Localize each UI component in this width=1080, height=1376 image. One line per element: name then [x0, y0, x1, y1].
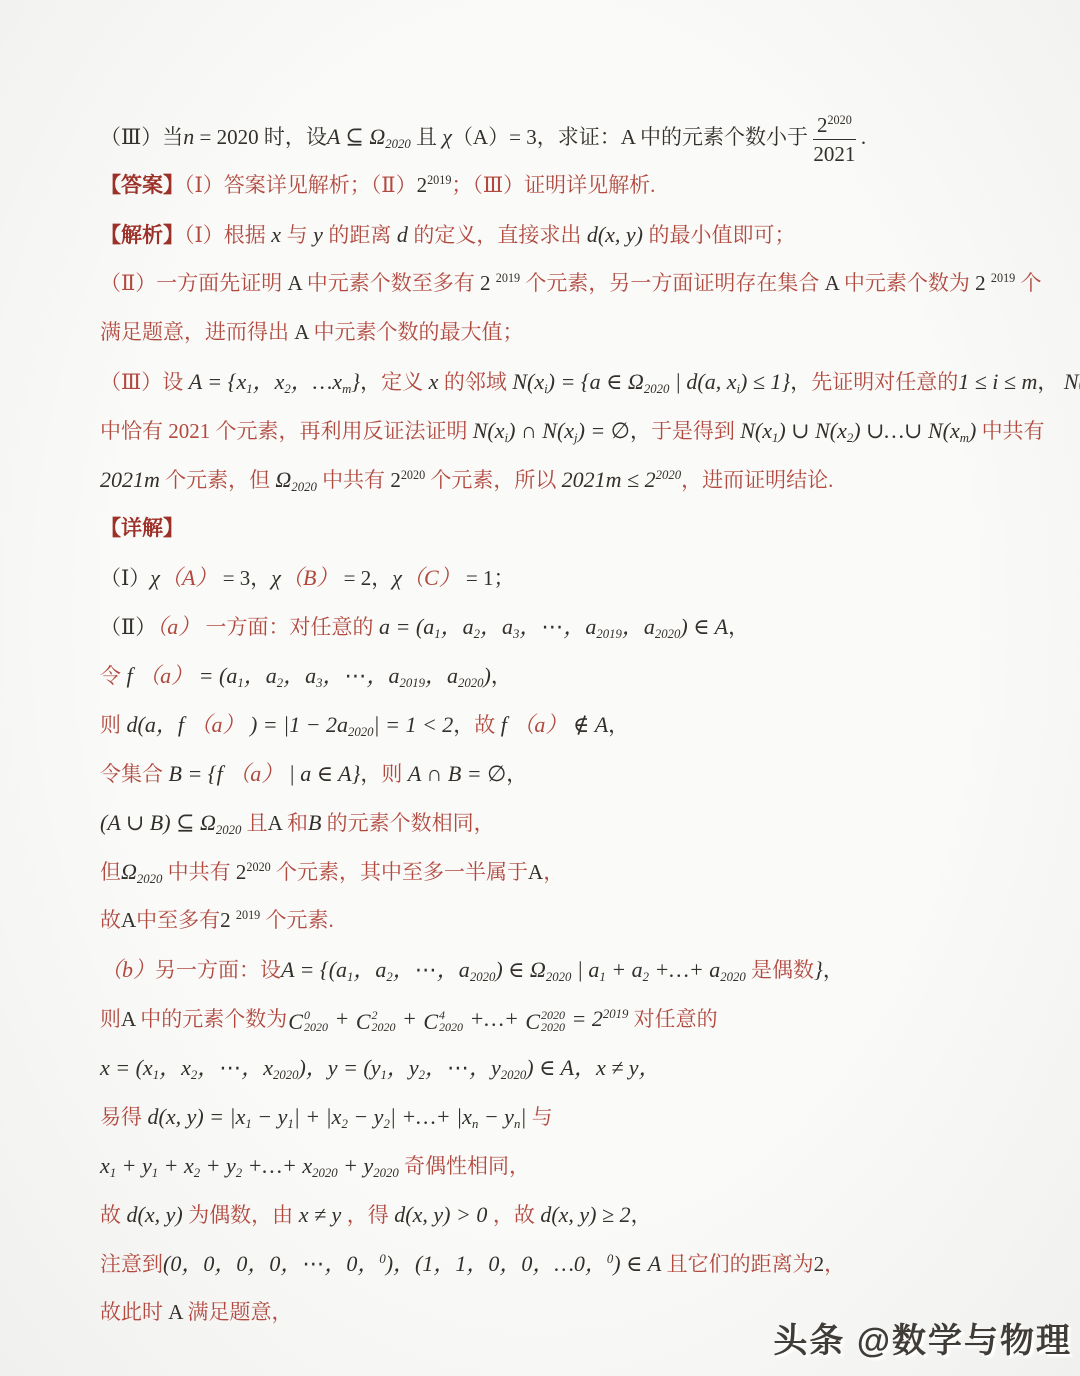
text-segment: A ∩ B = ∅	[402, 761, 506, 786]
text-segment: ，	[360, 370, 381, 394]
text-segment: d(x, y) > 0	[389, 1202, 493, 1227]
subscript: 1	[110, 1166, 116, 1180]
text-segment: N(xi) ∩ N(xj) = ∅	[473, 418, 630, 443]
detail-line-5: 令集合 B = {f （a） | a ∈ A}，则 A ∩ B = ∅，	[100, 749, 1080, 798]
text-segment: χ	[392, 565, 402, 590]
text-segment: 中共有	[976, 419, 1044, 443]
text-segment: 和	[282, 811, 308, 835]
text-segment: 个元素，所以	[425, 468, 562, 492]
subscript: 1	[152, 1166, 158, 1180]
text-segment: 2021m ≤ 22020	[562, 467, 681, 492]
detail-line-3: 令 f （a） = (a1，a2，a3，⋯，a2019，a2020)，	[100, 651, 1080, 700]
subscript: n	[472, 1117, 478, 1131]
text-segment: ，	[823, 958, 844, 982]
subscript: 2	[284, 382, 290, 396]
text-segment: (A ∪ B) ⊆ Ω2020	[100, 810, 241, 835]
text-segment: 时，设	[264, 125, 327, 149]
text-segment: ，	[630, 419, 651, 443]
text-segment: +	[397, 1006, 423, 1031]
text-segment: x	[266, 222, 287, 247]
subscript: 2	[191, 1068, 197, 1082]
subscript: 2020	[470, 970, 496, 984]
superscript: 2019	[603, 1007, 629, 1021]
text-segment: 则	[381, 762, 402, 786]
text-segment: （B）	[281, 565, 338, 590]
text-segment: 的最小值即可；	[649, 223, 796, 247]
text-segment: 中恰有 2021 个元素，再利用反证法证明	[100, 419, 473, 443]
text-segment: A = {(a1，a2，⋯，a2020) ∈ Ω2020 | a1 + a2 +…	[281, 957, 746, 982]
text-segment: 22020	[236, 860, 271, 884]
subscript: 2020	[291, 480, 317, 494]
text-segment: N(x1) ∪ N(x2) ∪…∪ N(xm)	[740, 418, 976, 443]
subscript: 2020	[546, 970, 572, 984]
text-segment: 于是得到	[651, 419, 740, 443]
text-segment: = (a1，a2，a3，⋯，a2019，a2020)	[193, 663, 491, 688]
subscript: 2	[386, 970, 392, 984]
text-segment: +	[329, 1006, 355, 1031]
subscript: 2	[341, 1117, 347, 1131]
subscript: 2	[419, 1068, 425, 1082]
text-segment: ，	[790, 370, 811, 394]
text-segment: ，得	[347, 1203, 389, 1227]
text-segment: （Ⅰ）答案详见解析；（Ⅱ）	[184, 173, 417, 197]
subscript: 1	[245, 1117, 251, 1131]
superscript: 0	[607, 1252, 613, 1266]
text-segment: ，	[453, 713, 474, 737]
text-segment: x = (x1，x2，⋯，x2020)，y = (y1，y2，⋯，y2020) …	[100, 1055, 661, 1080]
problem-part-iii: （Ⅲ）当n = 2020 时，设A ⊆ Ω2020 且 χ（A）= 3，求证：A…	[100, 112, 1080, 161]
superscript: 0	[379, 1252, 385, 1266]
subscript: 1	[599, 970, 605, 984]
text-segment: ，求证：A 中的元素个数小于	[537, 125, 808, 149]
text-segment: （a）	[512, 712, 567, 737]
analysis-line-4: （Ⅲ）设 A = {x1，x2，…xm}，定义 x 的邻域 N(xi) = {a…	[100, 357, 1080, 406]
analysis-line-6: 2021m 个元素，但 Ω2020 中共有 22020 个元素，所以 2021m…	[100, 455, 1080, 504]
text-segment: 中元素个数的最大值；	[308, 320, 523, 344]
text-segment: 个元素，另一方面证明存在集合	[520, 271, 825, 295]
text-segment: 中元素个数为	[839, 271, 976, 295]
text-segment: ，	[491, 664, 512, 688]
detail-line-15: 注意到(0，0，0，0，⋯，0，0)，(1，1，0，0，…0，0) ∈ A 且它…	[100, 1239, 1080, 1288]
text-segment: ∉ A	[567, 712, 608, 737]
text-segment: x ≠ y	[293, 1202, 347, 1227]
text-segment: 对任意的	[628, 1007, 717, 1031]
subscript: 1	[237, 676, 243, 690]
text-segment: 【详解】	[100, 516, 184, 540]
text-segment: （Ⅱ）一方面先证明	[100, 271, 288, 295]
text-segment: （a）	[156, 614, 200, 639]
text-segment: d(a，f	[121, 712, 189, 737]
analysis-line-5: 中恰有 2021 个元素，再利用反证法证明 N(xi) ∩ N(xj) = ∅，…	[100, 406, 1080, 455]
text-segment: f	[121, 663, 138, 688]
binomial-coefficient: C20202020	[525, 997, 565, 1046]
detail-line-11: x = (x1，x2，⋯，x2020)，y = (y1，y2，⋯，y2020) …	[100, 1043, 1080, 1092]
text-segment: 的定义，直接求出	[413, 223, 581, 247]
subscript: 2020	[273, 1068, 299, 1082]
text-segment: = 3，	[217, 566, 271, 590]
text-segment: 且它们的距离为	[661, 1252, 813, 1276]
text-segment: 是偶数	[746, 958, 814, 982]
subscript: 2020	[655, 627, 681, 641]
detail-line-2: （Ⅱ）（a） 一方面：对任意的 a = (a1，a2，a3，⋯，a2019，a2…	[100, 602, 1080, 651]
text-segment: d(x, y) = |x1 − y1| + |x2 − y2| +…+ |xn …	[142, 1104, 526, 1129]
text-segment: ，故	[493, 1203, 535, 1227]
text-segment: （a）	[228, 761, 283, 786]
text-segment: = 2，	[338, 566, 392, 590]
subscript: 2	[383, 1117, 389, 1131]
text-segment: 2021m	[100, 467, 160, 492]
text-segment: 但	[100, 860, 121, 884]
superscript: 2019	[427, 173, 451, 187]
text-segment: x	[423, 369, 444, 394]
text-segment: χ	[442, 124, 452, 149]
subscript: 2020	[348, 725, 374, 739]
text-segment: 个	[1015, 271, 1041, 295]
text-segment: 且	[241, 811, 267, 835]
text-segment: 令集合	[100, 762, 163, 786]
subscript: 2020	[216, 823, 242, 837]
text-segment: N(xi)	[1058, 369, 1080, 394]
text-segment: ，	[506, 762, 527, 786]
analysis-line-1: 【解析】（Ⅰ）根据 x 与 y 的距离 d 的定义，直接求出 d(x, y) 的…	[100, 210, 1080, 259]
text-segment: d	[391, 222, 413, 247]
superscript: 2020	[401, 468, 425, 482]
text-segment: A	[268, 811, 282, 835]
text-segment: 1 ≤ i ≤ m	[958, 369, 1037, 394]
detail-line-9: （b）另一方面：设A = {(a1，a2，⋯，a2020) ∈ Ω2020 | …	[100, 945, 1080, 994]
text-segment: 与	[287, 223, 308, 247]
text-segment: 2 2019	[975, 271, 1015, 295]
text-segment: A	[288, 271, 302, 295]
detail-line-14: 故 d(x, y) 为偶数，由 x ≠ y ，得 d(x, y) > 0 ，故 …	[100, 1190, 1080, 1239]
subscript: m	[342, 382, 351, 396]
text-segment: 中共有	[317, 468, 391, 492]
text-segment: 中共有	[162, 860, 236, 884]
subscript: i	[505, 431, 509, 445]
text-segment: = 22019	[566, 1006, 628, 1031]
subscript: 2	[643, 970, 649, 984]
text-segment: ，	[824, 1252, 845, 1276]
text-segment: B	[308, 810, 321, 835]
text-segment: （Ⅲ）当	[100, 125, 183, 149]
text-segment: ，	[1037, 370, 1058, 394]
text-segment: A	[121, 908, 136, 932]
detail-header: 【详解】	[100, 504, 1080, 553]
text-segment: 则	[100, 1007, 121, 1031]
subscript: 2020	[385, 137, 411, 151]
text-segment: ，	[631, 1203, 652, 1227]
subscript: 2020	[312, 1166, 338, 1180]
text-segment: 故	[474, 713, 495, 737]
text-segment: 个元素.	[260, 908, 334, 932]
text-segment: d(x, y) ≥ 2	[535, 1202, 631, 1227]
text-segment: y	[308, 222, 329, 247]
text-segment: 易得	[100, 1105, 142, 1129]
text-segment: 满足题意，进而得出	[100, 320, 294, 344]
subscript: 2	[474, 627, 480, 641]
subscript: 2019	[399, 676, 425, 690]
subscript: 1	[246, 382, 252, 396]
text-segment: 注意到	[100, 1252, 163, 1276]
subscript: 1	[381, 1068, 387, 1082]
superscript: 2020	[656, 468, 682, 482]
binomial-coefficient: C02020	[288, 997, 328, 1046]
text-segment: （b）	[100, 957, 155, 982]
text-segment: 的元素个数相同，	[321, 811, 494, 835]
detail-line-6: (A ∪ B) ⊆ Ω2020 且A 和B 的元素个数相同，	[100, 798, 1080, 847]
detail-line-10: 则A 中的元素个数为C02020 + C22020 + C42020 +…+ C…	[100, 994, 1080, 1043]
subscript: n	[514, 1117, 520, 1131]
text-segment: (0，0，0，0，⋯，0，0)，(1，1，0，0，…0，0) ∈ A	[163, 1251, 661, 1276]
text-segment: （a）	[189, 712, 244, 737]
detail-line-1: （Ⅰ）χ（A） = 3，χ（B） = 2，χ（C） = 1；	[100, 553, 1080, 602]
subscript: 2	[277, 676, 283, 690]
text-segment: （Ⅱ）	[100, 615, 156, 639]
text-segment: = 1；	[461, 566, 515, 590]
text-segment: ，	[543, 860, 564, 884]
text-segment: ) = |1 − 2a2020| = 1 < 2	[244, 712, 453, 737]
text-segment: A	[121, 1007, 135, 1031]
text-segment: 故	[100, 1203, 121, 1227]
analysis-line-2: （Ⅱ）一方面先证明 A 中元素个数至多有 2 2019 个元素，另一方面证明存在…	[100, 259, 1080, 308]
text-segment: 则	[100, 713, 121, 737]
subscript: 2020	[501, 1068, 527, 1082]
text-segment: 个元素，但	[160, 468, 276, 492]
subscript: 2	[847, 431, 853, 445]
document-page: （Ⅲ）当n = 2020 时，设A ⊆ Ω2020 且 χ（A）= 3，求证：A…	[0, 0, 1080, 1376]
text-segment: d(x, y)	[581, 222, 648, 247]
superscript: 2019	[496, 271, 520, 285]
answer-line: 【答案】（Ⅰ）答案详见解析；（Ⅱ）22019；（Ⅲ）证明详见解析.	[100, 161, 1080, 210]
subscript: 1	[434, 627, 440, 641]
text-segment: A	[163, 1300, 188, 1324]
subscript: 1	[153, 1068, 159, 1082]
subscript: 1	[772, 431, 778, 445]
subscript: 1	[287, 1117, 293, 1131]
superscript: 2019	[236, 908, 260, 922]
text-segment: 一方面：对任意的	[200, 615, 373, 639]
superscript: 2020	[246, 860, 270, 874]
text-segment: χ	[150, 565, 160, 590]
text-segment: 2 2019	[480, 271, 520, 295]
text-segment: 的邻域	[444, 370, 507, 394]
text-segment: = 2020	[194, 125, 264, 149]
text-segment: （A）	[160, 565, 217, 590]
text-segment: | a ∈ A}	[283, 761, 360, 786]
text-segment: 与	[526, 1105, 552, 1129]
text-segment: ；（Ⅲ）证明详见解析.	[451, 173, 655, 197]
text-segment: 为偶数，由	[188, 1203, 293, 1227]
text-segment: n	[183, 124, 194, 149]
text-segment: （A）= 3	[452, 125, 537, 149]
watermark-text: 头条 @数学与物理	[773, 1313, 1072, 1362]
solution-text-block: （Ⅲ）当n = 2020 时，设A ⊆ Ω2020 且 χ（A）= 3，求证：A…	[100, 112, 1080, 1337]
text-segment: a = (a1，a2，a3，⋯，a2019，a2020) ∈ A	[374, 614, 729, 639]
text-segment: N(xi) = {a ∈ Ω2020 | d(a, xi) ≤ 1}	[507, 369, 790, 394]
subscript: 2	[236, 1166, 242, 1180]
text-segment: Ω2020	[275, 467, 316, 492]
text-segment: d(x, y)	[121, 1202, 188, 1227]
text-segment: 且	[411, 125, 443, 149]
subscript: 2020	[373, 1166, 399, 1180]
text-segment: }	[814, 957, 823, 982]
text-segment: （Ⅰ）根据	[184, 223, 266, 247]
binomial-coefficient: C22020	[356, 997, 396, 1046]
text-segment: A	[528, 860, 543, 884]
text-segment: 定义	[381, 370, 423, 394]
detail-line-12: 易得 d(x, y) = |x1 − y1| + |x2 − y2| +…+ |…	[100, 1092, 1080, 1141]
text-segment: （Ⅰ）	[100, 566, 150, 590]
text-segment: 中至多有	[136, 908, 220, 932]
subscript: 2020	[458, 676, 484, 690]
text-segment: 令	[100, 664, 121, 688]
text-segment: 的距离	[328, 223, 391, 247]
text-segment: ，	[360, 762, 381, 786]
text-segment: 个元素，其中至多一半属于	[271, 860, 528, 884]
text-segment: 故	[100, 908, 121, 932]
detail-line-4: 则 d(a，f （a） ) = |1 − 2a2020| = 1 < 2，故 f…	[100, 700, 1080, 749]
text-segment: ，	[728, 615, 749, 639]
text-segment: 满足题意，	[188, 1300, 293, 1324]
subscript: 1	[347, 970, 353, 984]
subscript: m	[960, 431, 969, 445]
superscript: 2020	[827, 113, 851, 127]
text-segment: 先证明对任意的	[811, 370, 958, 394]
text-segment: 22020	[390, 468, 425, 492]
analysis-line-3: 满足题意，进而得出 A 中元素个数的最大值；	[100, 308, 1080, 357]
text-segment: Ω2020	[121, 859, 162, 884]
text-segment: 奇偶性相同，	[399, 1154, 530, 1178]
subscript: 3	[316, 676, 322, 690]
text-segment: 中的元素个数为	[135, 1007, 287, 1031]
text-segment: χ	[271, 565, 281, 590]
subscript: i	[544, 382, 548, 396]
subscript: j	[574, 431, 578, 445]
text-segment: B = {f	[163, 761, 228, 786]
subscript: 2019	[596, 627, 622, 641]
text-segment: （C）	[402, 565, 461, 590]
superscript: 2019	[991, 271, 1015, 285]
text-segment: 【解析】	[100, 223, 184, 247]
text-segment: A ⊆ Ω2020	[327, 124, 411, 149]
text-segment: ，进而证明结论.	[681, 468, 833, 492]
text-segment: .	[861, 125, 866, 149]
text-segment: A = {x1，x2，…xm}	[183, 369, 360, 394]
text-segment: +…+	[464, 1006, 524, 1031]
text-segment: （Ⅲ）设	[100, 370, 183, 394]
text-segment: 故此时	[100, 1300, 163, 1324]
subscript: 3	[513, 627, 519, 641]
text-segment: A	[294, 320, 308, 344]
text-segment: （a）	[138, 663, 193, 688]
detail-line-13: x1 + y1 + x2 + y2 +…+ x2020 + y2020 奇偶性相…	[100, 1141, 1080, 1190]
text-segment: ，	[608, 713, 629, 737]
detail-line-7: 但Ω2020 中共有 22020 个元素，其中至多一半属于A，	[100, 847, 1080, 896]
text-segment: A	[825, 271, 839, 295]
subscript: 2	[194, 1166, 200, 1180]
text-segment: 中元素个数至多有	[302, 271, 481, 295]
fraction: 220202021	[813, 113, 856, 166]
binomial-coefficient: C42020	[423, 997, 463, 1046]
text-segment: 2 2019	[220, 908, 260, 932]
detail-line-8: 故A中至多有2 2019 个元素.	[100, 896, 1080, 945]
subscript: 2020	[644, 382, 670, 396]
text-segment: 22019	[417, 173, 452, 197]
text-segment: 另一方面：设	[155, 958, 281, 982]
text-segment: f	[495, 712, 512, 737]
text-segment: x1 + y1 + x2 + y2 +…+ x2020 + y2020	[100, 1153, 399, 1178]
text-segment: 2	[814, 1252, 825, 1276]
subscript: 2020	[720, 970, 746, 984]
subscript: i	[736, 382, 740, 396]
text-segment: 【答案】	[100, 173, 184, 197]
subscript: 2020	[137, 872, 163, 886]
